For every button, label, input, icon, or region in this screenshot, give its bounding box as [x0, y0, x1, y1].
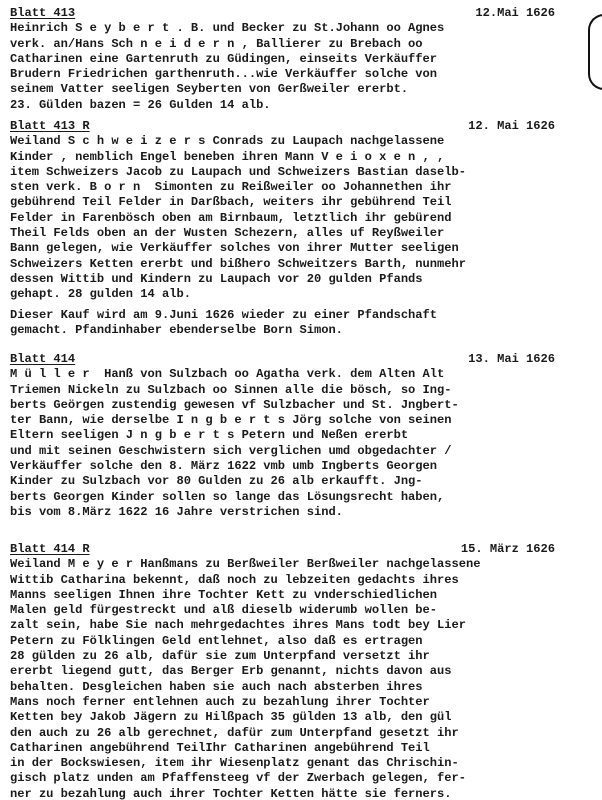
entry-date: 13. Mai 1626 — [468, 352, 555, 367]
entry-blatt-414-r: Blatt 414 R15. März 1626Weiland M e y e … — [10, 542, 590, 800]
text-line: gebührend Teil Felder in Darßbach, weite… — [10, 195, 590, 210]
entry-blatt-413-r: Blatt 413 R12. Mai 1626Weiland S c h w e… — [10, 119, 590, 303]
entry-header: Blatt 413 R12. Mai 1626 — [10, 119, 555, 134]
text-line: berts Georgen Kinder sollen so lange das… — [10, 490, 590, 505]
text-line: Malen geld fürgestreckt und alß dieselb … — [10, 603, 590, 618]
text-line: bis vom 8.März 1622 16 Jahre verstrichen… — [10, 505, 590, 520]
text-line: Brudern Friedrichen garthenruth...wie Ve… — [10, 67, 590, 82]
text-line: Dieser Kauf wird am 9.Juni 1626 wieder z… — [10, 308, 590, 323]
text-line: Manns seeligen Ihnen ihre Tochter Kett z… — [10, 588, 590, 603]
entry-date: 15. März 1626 — [461, 542, 555, 557]
text-line: Theil Felds oben an der Wusten Schezern,… — [10, 226, 590, 241]
entry-date: 12.Mai 1626 — [475, 6, 555, 21]
text-line: Petern zu Fölklingen Geld entlehnet, als… — [10, 634, 590, 649]
text-line: 28 gülden zu 26 alb, dafür sie zum Unter… — [10, 649, 590, 664]
text-line: Catharinen angebührend TeilIhr Catharine… — [10, 741, 590, 756]
text-line: gemacht. Pfandinhaber ebenderselbe Born … — [10, 323, 590, 338]
entry-header: Blatt 41312.Mai 1626 — [10, 6, 555, 21]
text-line: und mit seinen Geschwistern sich verglic… — [10, 444, 590, 459]
text-line: Eltern seeligen J n g b e r t s Petern u… — [10, 428, 590, 443]
text-line: Felder in Farenbösch oben am Birnbaum, l… — [10, 211, 590, 226]
blatt-number: Blatt 414 R — [10, 542, 90, 557]
blatt-number: Blatt 413 — [10, 6, 75, 21]
text-line: Bann gelegen, wie Verkäuffer solches von… — [10, 241, 590, 256]
text-line: Heinrich S e y b e r t . B. und Becker z… — [10, 21, 590, 36]
text-line: Schweizers Ketten ererbt und bißhero Sch… — [10, 257, 590, 272]
text-line: seinem Vatter seeligen Seyberten von Ger… — [10, 82, 590, 97]
text-line: Weiland M e y e r Hanßmans zu Berßweiler… — [10, 557, 590, 572]
text-line: Catharinen eine Gartenruth zu Güdingen, … — [10, 52, 590, 67]
entry-header: Blatt 414 R15. März 1626 — [10, 542, 555, 557]
text-line: Mans noch ferner entlehnen auch zu bezah… — [10, 695, 590, 710]
text-line: sten verk. B o r n Simonten zu Reißweile… — [10, 180, 590, 195]
text-line: Triemen Nickeln zu Sulzbach oo Sinnen al… — [10, 383, 590, 398]
blatt-number: Blatt 414 — [10, 352, 75, 367]
document-page: Blatt 41312.Mai 1626Heinrich S e y b e r… — [0, 0, 602, 800]
text-line: behalten. Desgleichen haben sie auch nac… — [10, 680, 590, 695]
text-line: gehapt. 28 gulden 14 alb. — [10, 287, 590, 302]
text-line: item Schweizers Jacob zu Laupach und Sch… — [10, 165, 590, 180]
text-line: verk. an/Hans Sch n e i d e r n , Ballie… — [10, 37, 590, 52]
text-line: dessen Wittib und Kindern zu Laupach vor… — [10, 272, 590, 287]
text-line: Kinder , nemblich Engel beneben ihren Ma… — [10, 150, 590, 165]
margin-bracket-mark — [588, 14, 602, 90]
text-line: den auch zu 26 alb gerechnet, dafür zum … — [10, 726, 590, 741]
text-line: ererbt liegend gutt, das Berger Erb gena… — [10, 664, 590, 679]
text-line: ter Bann, wie derselbe I n g b e r t s J… — [10, 413, 590, 428]
entry-note-pfandschaft: Dieser Kauf wird am 9.Juni 1626 wieder z… — [10, 308, 590, 339]
entry-blatt-414: Blatt 41413. Mai 1626M ü l l e r Hanß vo… — [10, 352, 590, 520]
text-line: ner zu bezahlung auch ihrer Tochter Kett… — [10, 787, 590, 800]
text-line: zalt sein, habe Sie nach mehrgedachtes i… — [10, 618, 590, 633]
entry-blatt-413: Blatt 41312.Mai 1626Heinrich S e y b e r… — [10, 6, 590, 113]
text-line: Verkäuffer solche den 8. März 1622 vmb u… — [10, 459, 590, 474]
text-line: Weiland S c h w e i z e r s Conrads zu L… — [10, 134, 590, 149]
text-line: gisch platz unden am Pfaffensteeg vf der… — [10, 771, 590, 786]
entry-date: 12. Mai 1626 — [468, 119, 555, 134]
text-line: M ü l l e r Hanß von Sulzbach oo Agatha … — [10, 367, 590, 382]
text-line: Kinder zu Sulzbach vor 80 Gulden zu 26 a… — [10, 474, 590, 489]
text-line: Ketten bey Jakob Jägern zu Hilßpach 35 g… — [10, 710, 590, 725]
blatt-number: Blatt 413 R — [10, 119, 90, 134]
text-line: Wittib Catharina bekennt, daß noch zu le… — [10, 573, 590, 588]
text-line: 23. Gülden bazen = 26 Gulden 14 alb. — [10, 98, 590, 113]
entry-header: Blatt 41413. Mai 1626 — [10, 352, 555, 367]
text-line: in der Bockswiesen, item ihr Wiesenplatz… — [10, 756, 590, 771]
text-line: berts Geörgen zustendig gewesen vf Sulzb… — [10, 398, 590, 413]
